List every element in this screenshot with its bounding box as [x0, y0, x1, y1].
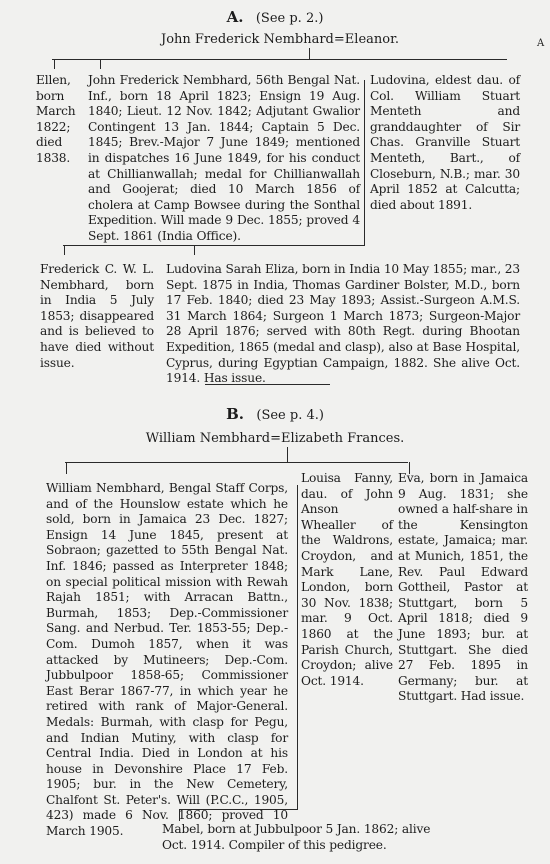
marriage-line [364, 80, 365, 246]
pedigree-page: A. (See p. 2.) John Frederick Nembhard=E… [0, 0, 550, 864]
descent-line [64, 245, 65, 255]
section-b-heading: B. (See p. 4.) [150, 405, 400, 423]
descent-line [179, 809, 180, 821]
child-william: William Nembhard, Bengal Staff Corps, an… [46, 481, 288, 840]
grandchild-mabel: Mabel, born at Jubbulpoor 5 Jan. 1862; a… [162, 822, 447, 853]
descent-line [66, 462, 67, 474]
child-john-frederick: John Frederick Nembhard, 56th Bengal Nat… [88, 73, 360, 245]
spouse-louisa: Louisa Fanny, dau. of John Anson Whealle… [301, 471, 393, 689]
margin-mark: A [537, 38, 544, 49]
section-a-mother: Eleanor. [345, 32, 399, 47]
spouse-ludovina: Ludovina, eldest dau. of Col. William St… [370, 73, 520, 213]
section-b-mother: Elizabeth Frances. [281, 431, 404, 446]
child-eva: Eva, born in Jamaica 9 Aug. 1831; she ow… [398, 471, 528, 705]
descent-line [194, 245, 195, 255]
marriage-line [297, 485, 298, 810]
section-a-letter: A. [227, 8, 244, 26]
section-b-parents: William Nembhard=Elizabeth Frances. [110, 431, 440, 446]
section-a-see-ref: (See p. 2.) [256, 11, 324, 26]
grandchild-ludovina-sarah: Ludovina Sarah Eliza, born in India 10 M… [166, 262, 520, 387]
section-b-see-ref: (See p. 4.) [256, 408, 324, 423]
marriage-sign: = [270, 431, 281, 446]
descent-line [100, 59, 101, 69]
section-a-father: John Frederick Nembhard [161, 32, 334, 47]
marriage-sign: = [334, 32, 345, 47]
descent-line [287, 447, 288, 462]
sibling-line [52, 59, 507, 60]
grandchild-line [179, 809, 298, 810]
child-ellen: Ellen, born March 1822; died 1838. [36, 73, 86, 167]
section-a-heading: A. (See p. 2.) [150, 8, 400, 26]
section-b-letter: B. [226, 405, 244, 423]
descent-line [54, 59, 55, 69]
grandchild-frederick: Frederick C. W. L. Nembhard, born in Ind… [40, 262, 154, 371]
section-b-father: William Nembhard [146, 431, 270, 446]
sibling-line [65, 462, 408, 463]
section-a-parents: John Frederick Nembhard=Eleanor. [120, 32, 440, 47]
section-divider [205, 384, 330, 385]
grandchild-line [63, 245, 365, 246]
